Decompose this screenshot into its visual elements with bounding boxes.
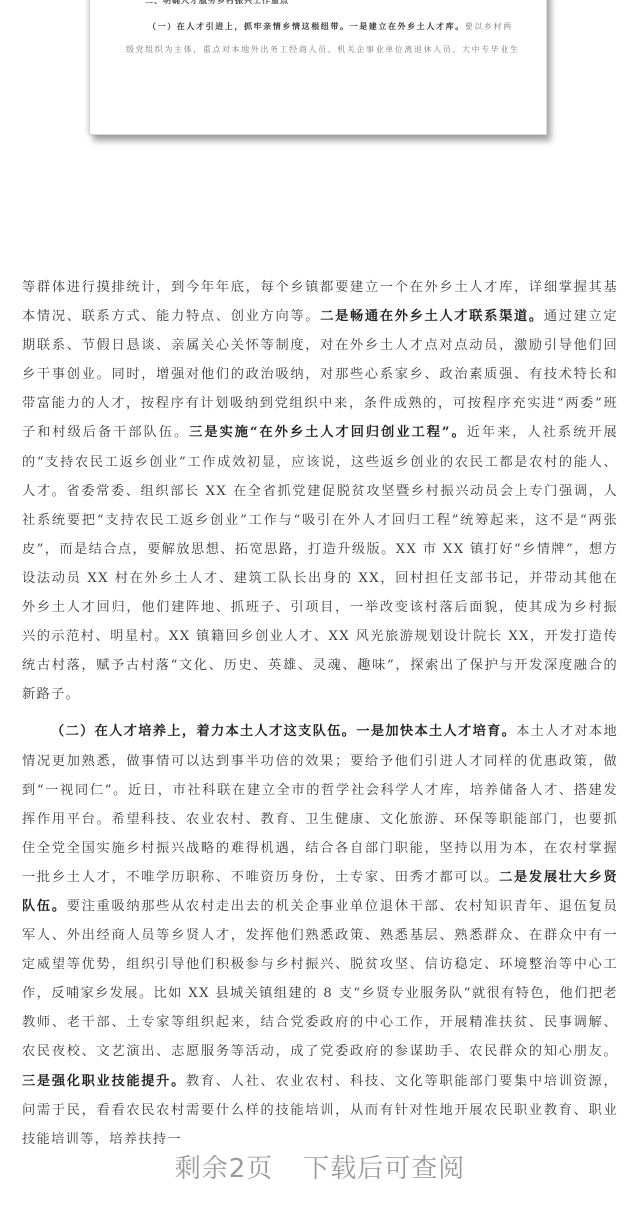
- paragraph-talent-introduction: 等群体进行摸排统计，到今年年底，每个乡镇都要建立一个在外乡土人才库，详细掌握其基…: [22, 273, 618, 709]
- paragraph-talent-cultivation: （二）在人才培养上，着力本土人才这支队伍。一是加快本土人才培育。本土人才对本地情…: [22, 717, 618, 1153]
- preview-page-card: 二、明确人才服务乡村振兴工作重点 （一）在人才引进上，抓牢亲情乡情这根纽带。一是…: [89, 0, 547, 135]
- remaining-pages-label[interactable]: 剩余2页: [175, 1154, 274, 1184]
- paragraph-text: 要注重吸纳那些从农村走出去的机关企事业单位退休干部、农村知识青年、退伍复员军人、…: [22, 899, 618, 1059]
- download-hint-label[interactable]: 下载后可查阅: [303, 1154, 465, 1184]
- document-preview-viewport: 二、明确人才服务乡村振兴工作重点 （一）在人才引进上，抓牢亲情乡情这根纽带。一是…: [0, 0, 640, 1231]
- paragraph-bold-point: 二是畅通在外乡土人才联系渠道。: [320, 309, 544, 324]
- preview-text-line-1: （一）在人才引进上，抓牢亲情乡情这根纽带。一是建立在外乡土人才库。要以乡村两: [126, 21, 526, 32]
- preview-text-rest: 要以乡村两: [465, 22, 513, 31]
- paragraph-text: 通过建立定期联系、节假日恳谈、亲属关心关怀等制度，对在外乡土人才点对点动员，激励…: [22, 309, 618, 440]
- download-to-read-more-banner[interactable]: 剩余2页下载后可查阅: [0, 1148, 640, 1185]
- preview-bold-lead: （一）在人才引进上，抓牢亲情乡情这根纽带。一是建立在外乡土人才库。: [148, 21, 465, 31]
- paragraph-bold-point: 三是强化职业技能提升。: [22, 1074, 186, 1089]
- paragraph-bold-heading: （二）在人才培养上，着力本土人才这支队伍。一是加快本土人才培育。: [51, 724, 516, 739]
- paragraph-text: 本土人才对本地情况更加熟悉，做事情可以达到事半功倍的效果；要给予他们引进人才同样…: [22, 724, 618, 884]
- preview-text-line-2: 级党组织为主体，重点对本地外出务工经商人员、机关企事业单位离退休人员、大中专毕业…: [126, 44, 526, 55]
- document-body: 等群体进行摸排统计，到今年年底，每个乡镇都要建立一个在外乡土人才库，详细掌握其基…: [22, 273, 618, 1154]
- paragraph-text: 近年来，人社系统开展的“支持农民工返乡创业”工作成效初显，应该说，这些返乡创业的…: [22, 425, 618, 702]
- preview-section-heading: 二、明确人才服务乡村振兴工作重点: [145, 0, 289, 6]
- paragraph-bold-point: 三是实施“在外乡土人才回归创业工程”。: [189, 425, 467, 440]
